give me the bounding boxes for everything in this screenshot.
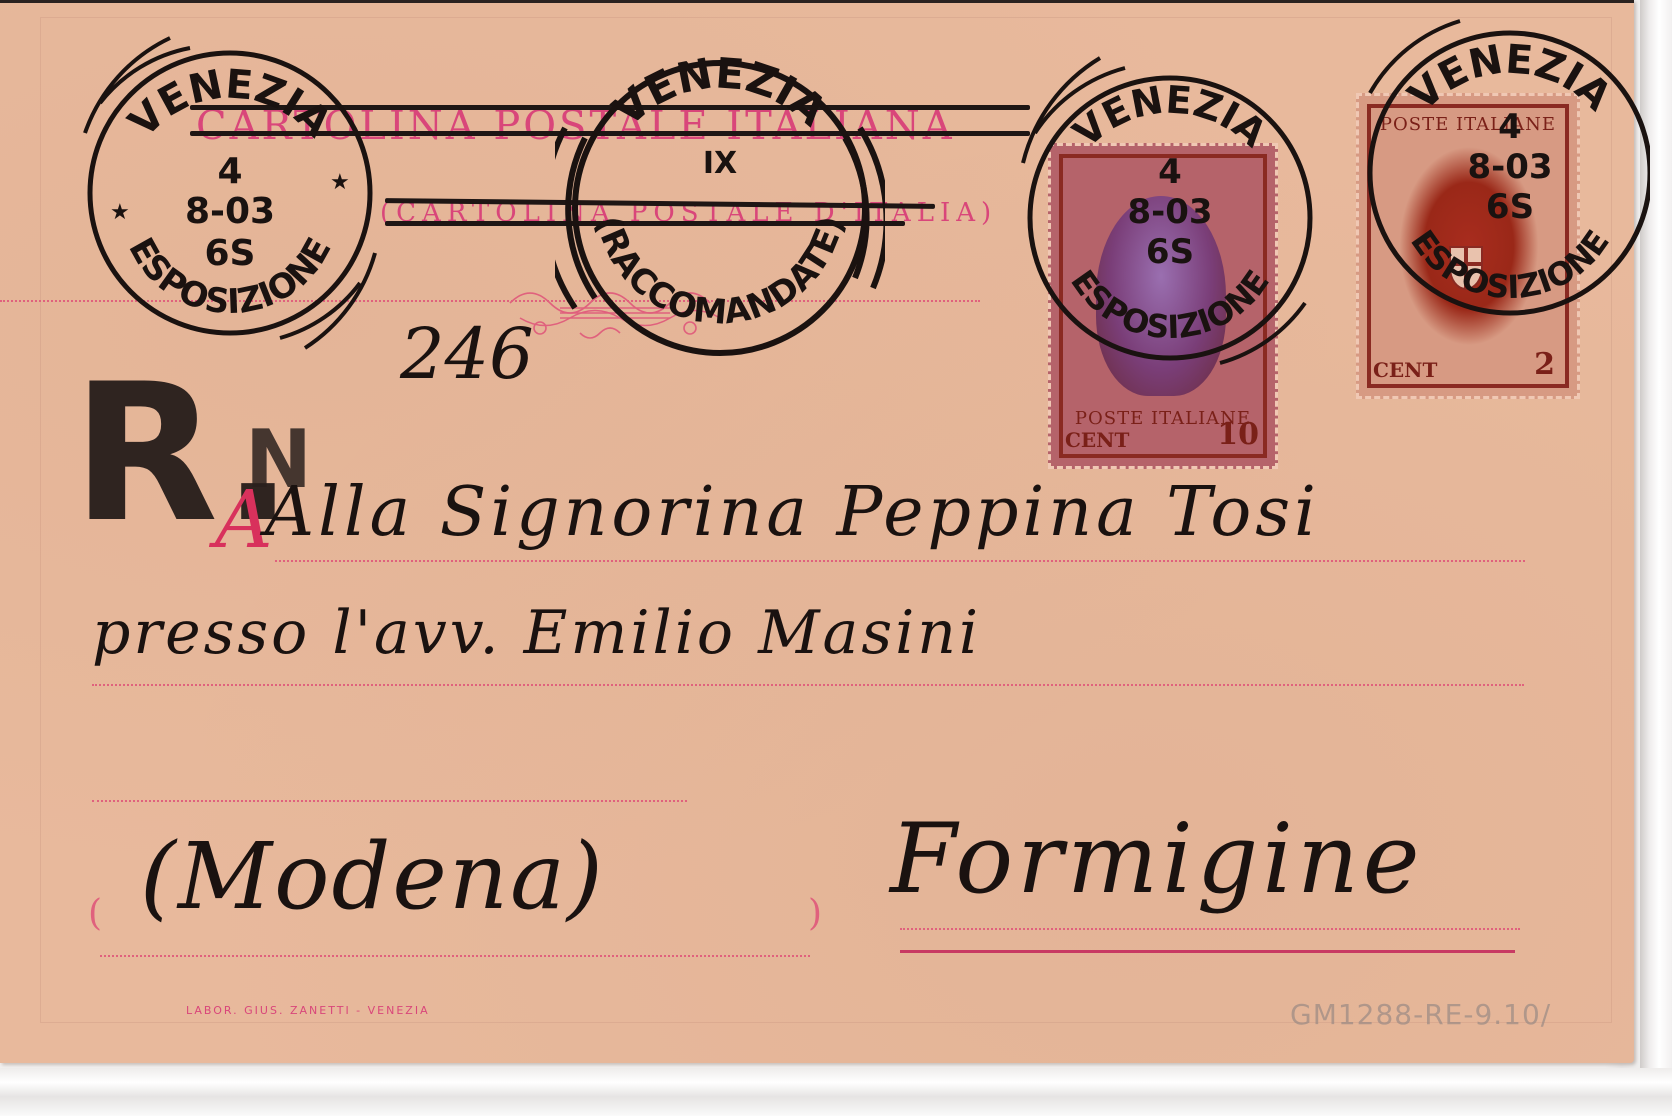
svg-text:★: ★ — [330, 170, 350, 195]
stamp-value: 2 — [1534, 347, 1555, 382]
stamp-cent: CENT — [1065, 428, 1129, 452]
postmark-venezia-esposizione: VENEZIA ESPOSIZIONE 4 8-03 6S ★ ★ — [70, 33, 390, 353]
svg-text:6S: 6S — [1146, 232, 1194, 272]
svg-text:IX: IX — [703, 146, 737, 181]
svg-text:6S: 6S — [1486, 187, 1534, 227]
svg-text:4: 4 — [217, 151, 242, 192]
paren-right: ) — [808, 893, 822, 934]
province: (Modena) — [140, 823, 605, 930]
address-line-2: presso l'avv. Emilio Masini — [92, 598, 981, 668]
svg-text:8-03: 8-03 — [185, 191, 275, 232]
postmark-venezia-esposizione-stamp: VENEZIA ESPOSIZIONE 4 8-03 6S — [1005, 53, 1335, 383]
postmark-venezia-esposizione-right: VENEZIA ESPOSIZIONE 4 8-03 6S — [1350, 13, 1650, 333]
postmark-venezia-raccomandate: VENEZIA (RACCOMANDATE) IX — [555, 48, 885, 368]
svg-text:8-03: 8-03 — [1467, 147, 1552, 187]
address-rule — [92, 800, 687, 802]
sleeve-edge-bottom — [0, 1068, 1672, 1116]
pencil-notation: GM1288-RE-9.10/ — [1290, 998, 1551, 1031]
printer-imprint: LABOR. GIUS. ZANETTI - VENEZIA — [186, 1004, 430, 1017]
city-underline — [900, 950, 1515, 953]
address-rule — [92, 684, 1524, 686]
address-rule — [275, 560, 1525, 562]
stamp-cent: CENT — [1373, 358, 1437, 382]
address-rule — [100, 955, 810, 957]
address-line-1: Alla Signorina Peppina Tosi — [265, 473, 1320, 552]
svg-text:6S: 6S — [205, 233, 256, 274]
handwritten-number: 246 — [400, 313, 534, 395]
stamp-value: 10 — [1217, 417, 1259, 452]
svg-text:4: 4 — [1158, 152, 1182, 192]
paren-left: ( — [88, 893, 102, 934]
svg-text:(RACCOMANDATE): (RACCOMANDATE) — [588, 212, 852, 333]
address-rule — [900, 928, 1520, 930]
svg-text:VENEZIA: VENEZIA — [1065, 77, 1276, 155]
svg-text:4: 4 — [1498, 107, 1522, 147]
postcard: CARTOLINA POSTALE ITALIANA (CARTOLINA PO… — [0, 0, 1634, 1063]
city: Formigine — [890, 803, 1424, 915]
svg-text:8-03: 8-03 — [1127, 192, 1212, 232]
svg-text:★: ★ — [110, 200, 130, 225]
svg-text:VENEZIA: VENEZIA — [604, 48, 837, 135]
